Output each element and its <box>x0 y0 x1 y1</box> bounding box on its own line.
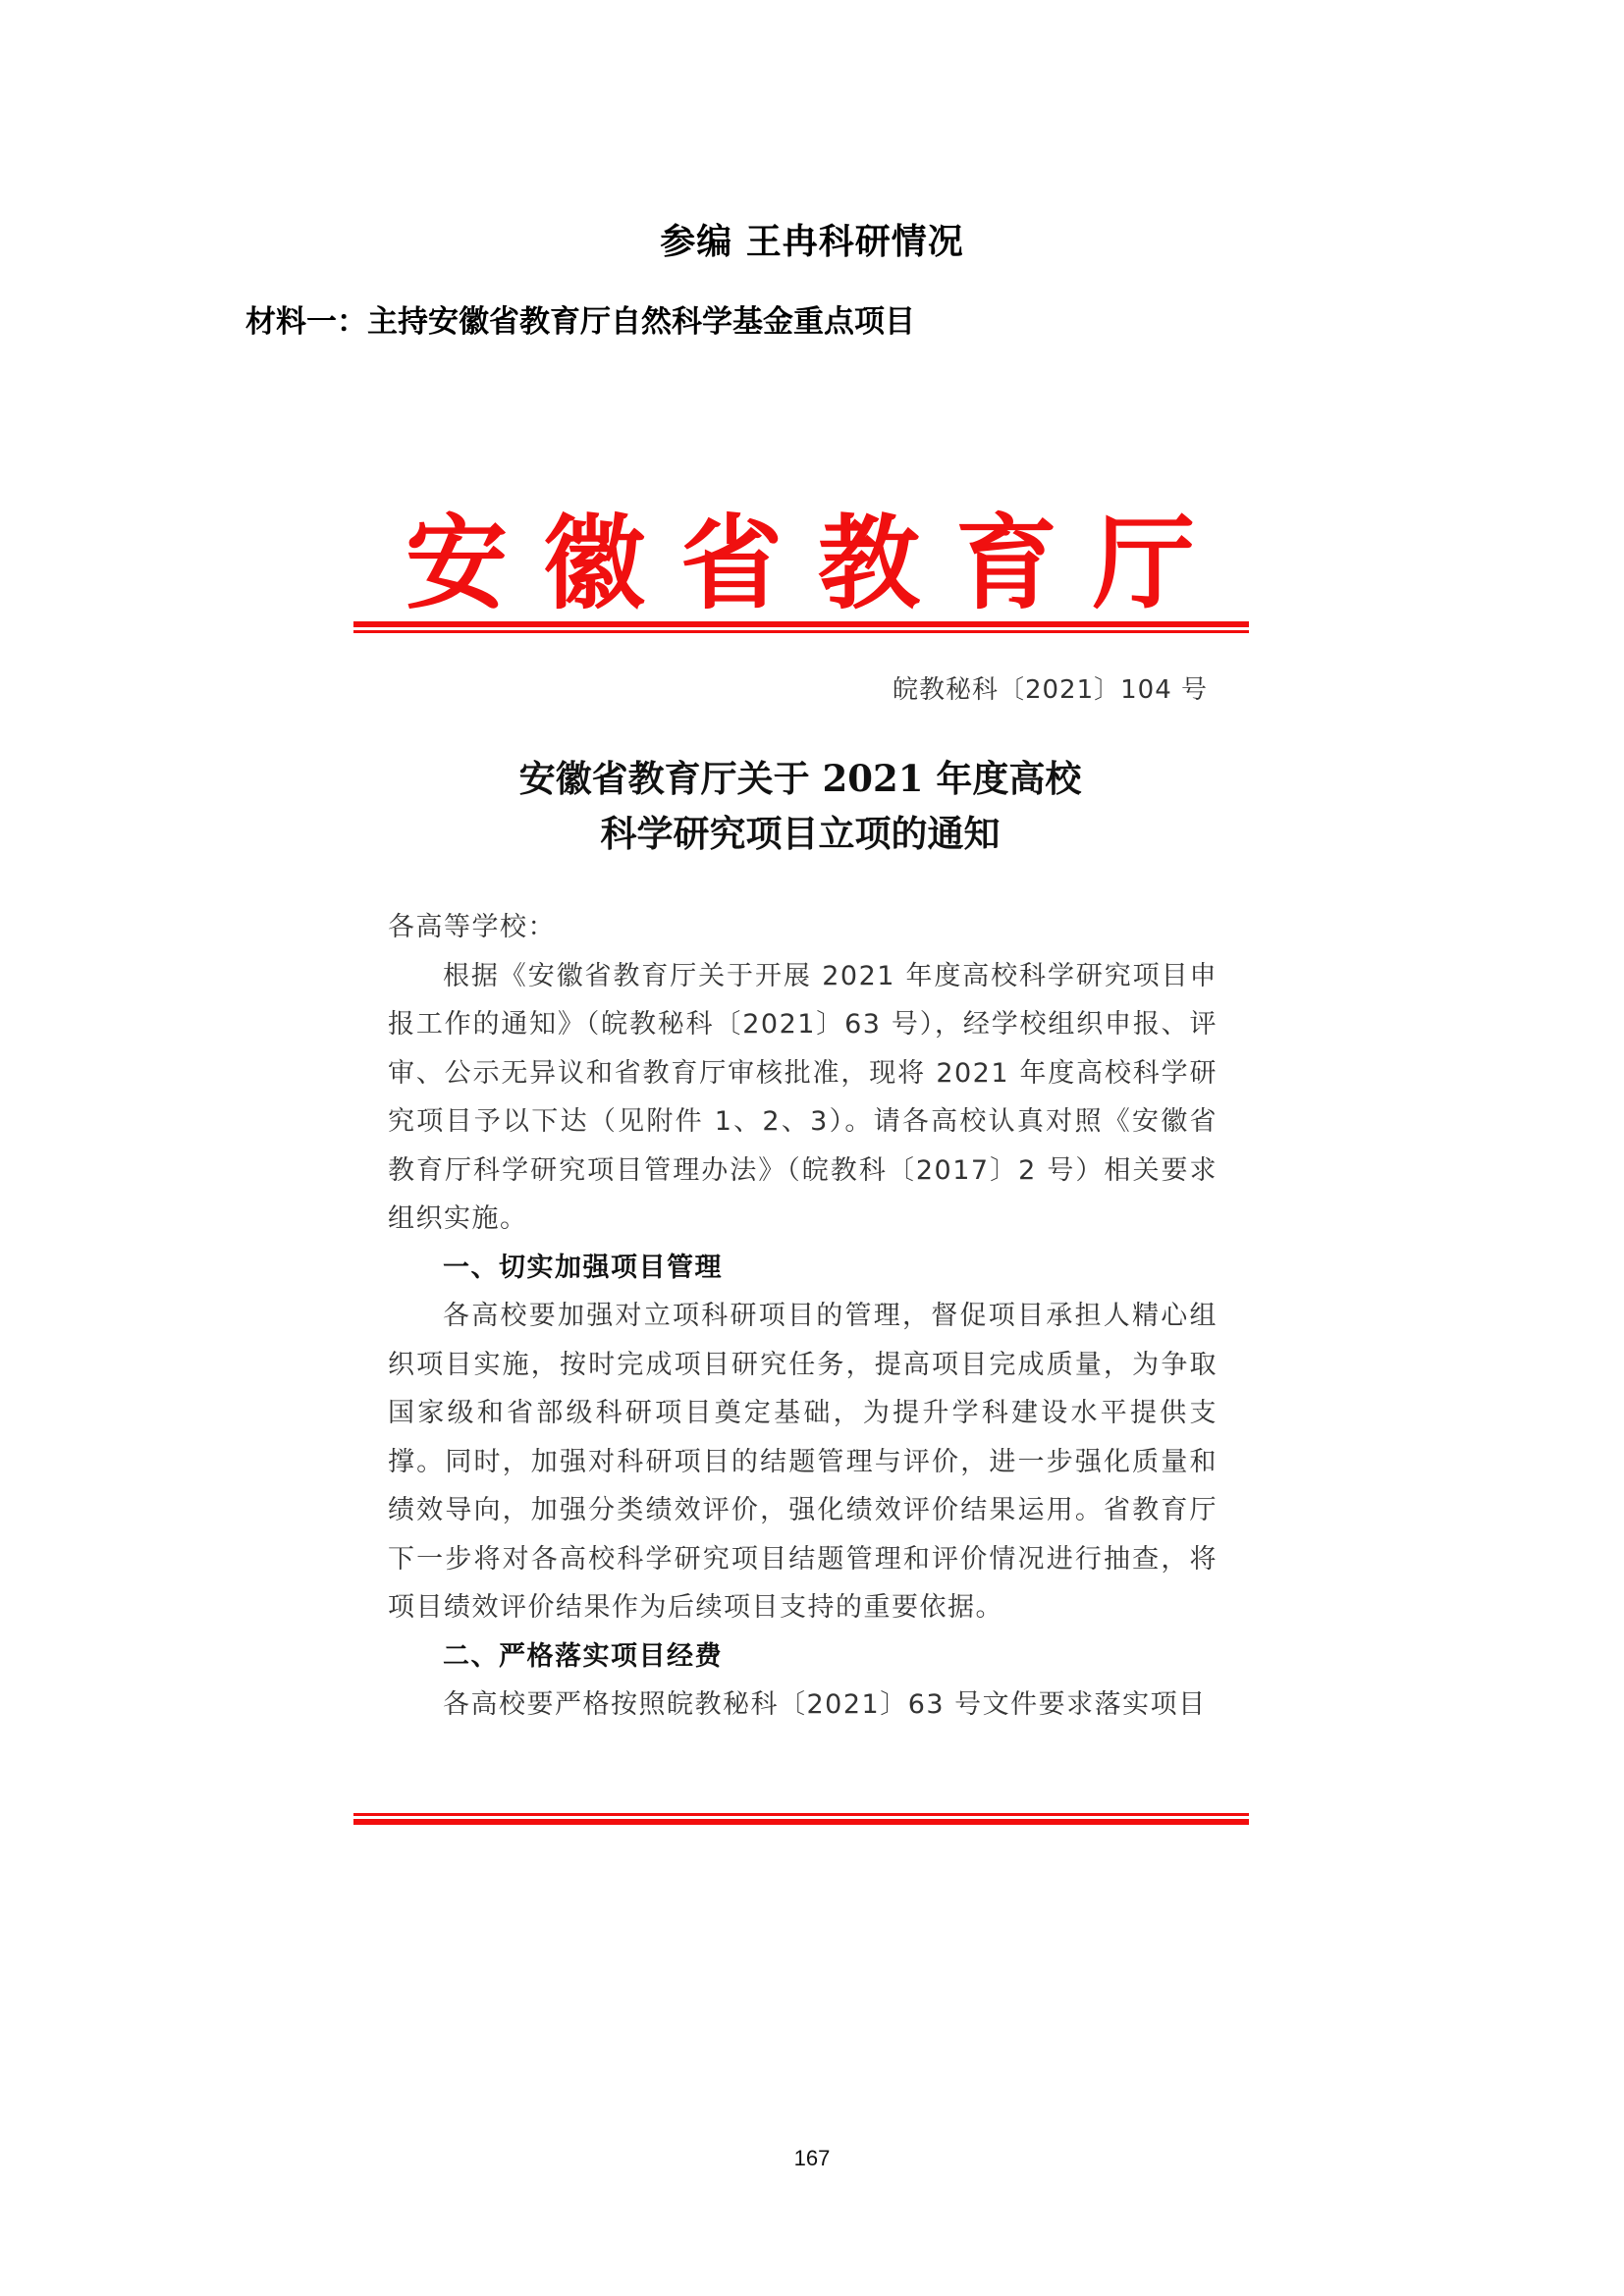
material-label: 材料一：主持安徽省教育厅自然科学基金重点项目 <box>245 296 915 341</box>
intro-paragraph: 根据《安徽省教育厅关于开展 2021 年度高校科学研究项目申报工作的通知》（皖教… <box>388 952 1218 1244</box>
document-number: 皖教秘科〔2021〕104 号 <box>893 669 1208 706</box>
scanned-notice-document: 安徽省教育厅 皖教秘科〔2021〕104 号 安徽省教育厅关于 2021 年度高… <box>349 491 1252 1826</box>
footer-divider <box>353 1813 1249 1825</box>
notice-title-line-2: 科学研究项目立项的通知 <box>349 806 1252 861</box>
salutation: 各高等学校： <box>388 903 1218 952</box>
letterhead-title: 安徽省教育厅 <box>349 503 1252 625</box>
section-heading-2: 二、严格落实项目经费 <box>388 1632 1218 1682</box>
page-number: 167 <box>0 2146 1624 2171</box>
section-paragraph-1: 各高校要加强对立项科研项目的管理，督促项目承担人精心组织项目实施，按时完成项目研… <box>388 1292 1218 1632</box>
notice-body: 各高等学校： 根据《安徽省教育厅关于开展 2021 年度高校科学研究项目申报工作… <box>388 903 1218 1730</box>
letterhead-divider <box>353 621 1249 633</box>
section-heading-1: 一、切实加强项目管理 <box>388 1244 1218 1293</box>
page-title: 参编 王冉科研情况 <box>0 214 1624 264</box>
section-paragraph-2: 各高校要严格按照皖教秘科〔2021〕63 号文件要求落实项目 <box>388 1681 1218 1730</box>
notice-title: 安徽省教育厅关于 2021 年度高校 科学研究项目立项的通知 <box>349 751 1252 861</box>
notice-title-line-1: 安徽省教育厅关于 2021 年度高校 <box>349 751 1252 806</box>
